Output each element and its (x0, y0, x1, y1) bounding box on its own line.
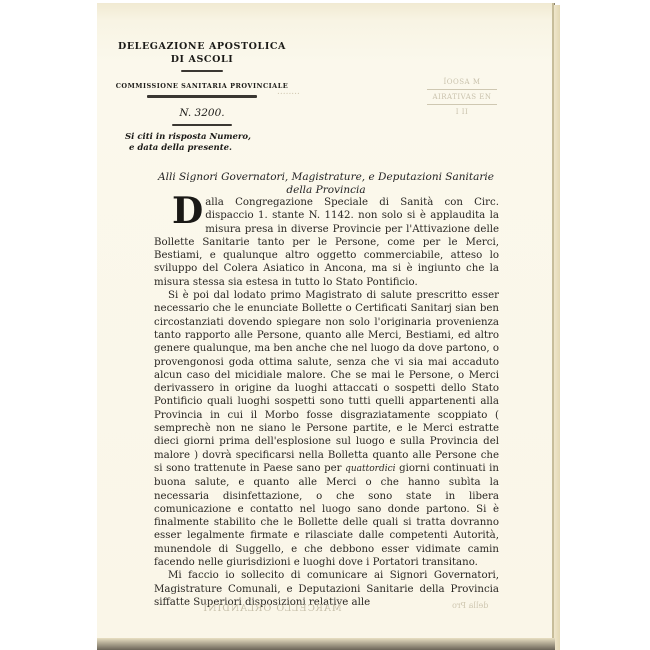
emphasis-text: quattordici (345, 464, 395, 474)
bleed-through-text: I II (417, 108, 507, 116)
bleed-through-text: ÍOOSA M (417, 78, 507, 86)
bleed-through-signature: MARCELLO ORLANDINI (197, 603, 347, 614)
paragraph-text: giorni continuati in buona salute, e qua… (154, 463, 499, 568)
divider (427, 89, 497, 90)
divider (181, 70, 223, 72)
paragraph-2: Si è poi dal lodato primo Magistrato di … (154, 289, 499, 569)
reference-note-line: e data della presente. (125, 143, 307, 154)
letterhead-title: DELEGAZIONE APOSTOLICA (97, 41, 307, 52)
divider (427, 104, 497, 105)
drop-cap: D (172, 196, 203, 226)
protocol-number: N. 3200. (97, 107, 307, 119)
bleed-through-stamp: ÍOOSA M AIRATIVAS EN I II (417, 75, 507, 119)
reference-note: Si citi in risposta Numero, e data della… (97, 132, 307, 154)
divider (147, 95, 257, 98)
letter-body: Dalla Congregazione Speciale di Sanità c… (154, 196, 499, 609)
bleed-through-text: AIRATIVAS EN (417, 93, 507, 101)
divider (172, 124, 232, 126)
commission-name: COMMISSIONE SANITARIA PROVINCIALE (97, 82, 307, 90)
paragraph-text: Si è poi dal lodato primo Magistrato di … (154, 290, 499, 474)
letterhead: DELEGAZIONE APOSTOLICA DI ASCOLI COMMISS… (97, 41, 307, 154)
bleed-through-text: della Pro (452, 601, 488, 610)
page-bottom-edge (97, 638, 555, 650)
reference-note-line: Si citi in risposta Numero, (125, 132, 307, 143)
paragraph-1: Dalla Congregazione Speciale di Sanità c… (154, 196, 499, 289)
document-page: DELEGAZIONE APOSTOLICA DI ASCOLI COMMISS… (97, 3, 554, 650)
addressee-line: Alli Signori Governatori, Magistrature, … (141, 171, 511, 184)
letterhead-subtitle: DI ASCOLI (97, 54, 307, 65)
bleed-through-scribble: ........ (277, 87, 300, 97)
paragraph-text: alla Congregazione Speciale di Sanità co… (154, 197, 499, 288)
